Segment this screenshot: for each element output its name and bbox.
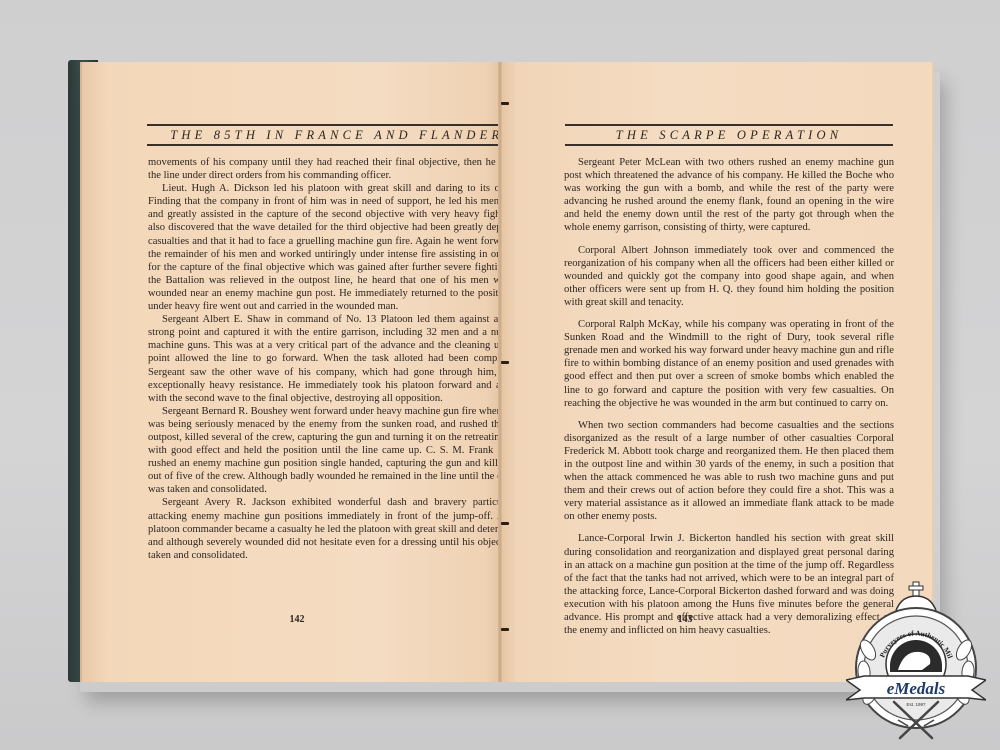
seal-emblem-icon: Purveyors of Authentic Militaria eMedals… [846,580,986,745]
paragraph: When two section commanders had become c… [564,419,894,524]
binding-stitch [501,361,509,364]
svg-text:Est. 1997: Est. 1997 [906,702,926,707]
svg-text:eMedals: eMedals [887,679,946,698]
binding-stitch [501,102,509,105]
right-page-body: Sergeant Peter McLean with two others ru… [564,156,894,646]
paragraph: Lance-Corporal Irwin J. Bickerton handle… [564,532,894,637]
paragraph: Sergeant Bernard R. Boushey went forward… [148,405,502,497]
page-number-left: 142 [282,614,312,625]
paragraph: Lieut. Hugh A. Dickson led his platoon w… [148,182,502,313]
paragraph: movements of his company until they had … [148,156,502,182]
paragraph: Corporal Albert Johnson immediately took… [564,244,894,309]
paragraph: Sergeant Peter McLean with two others ru… [564,156,894,235]
paragraph: Sergeant Avery R. Jackson exhibited wond… [148,496,502,561]
paragraph: Sergeant Albert E. Shaw in command of No… [148,313,502,405]
left-page: THE 85TH IN FRANCE AND FLANDERS movement… [80,62,502,682]
binding-stitch [501,522,509,525]
paragraph: Corporal Ralph McKay, while his company … [564,318,894,410]
binding-stitch [501,628,509,631]
running-head-left: THE 85TH IN FRANCE AND FLANDERS [147,124,502,146]
running-head-right: THE SCARPE OPERATION [565,124,893,146]
book-gutter [498,62,502,682]
emedals-watermark-seal: Purveyors of Authentic Militaria eMedals… [846,580,986,745]
left-page-body: movements of his company until they had … [148,156,502,562]
page-number-right: 143 [670,614,700,625]
